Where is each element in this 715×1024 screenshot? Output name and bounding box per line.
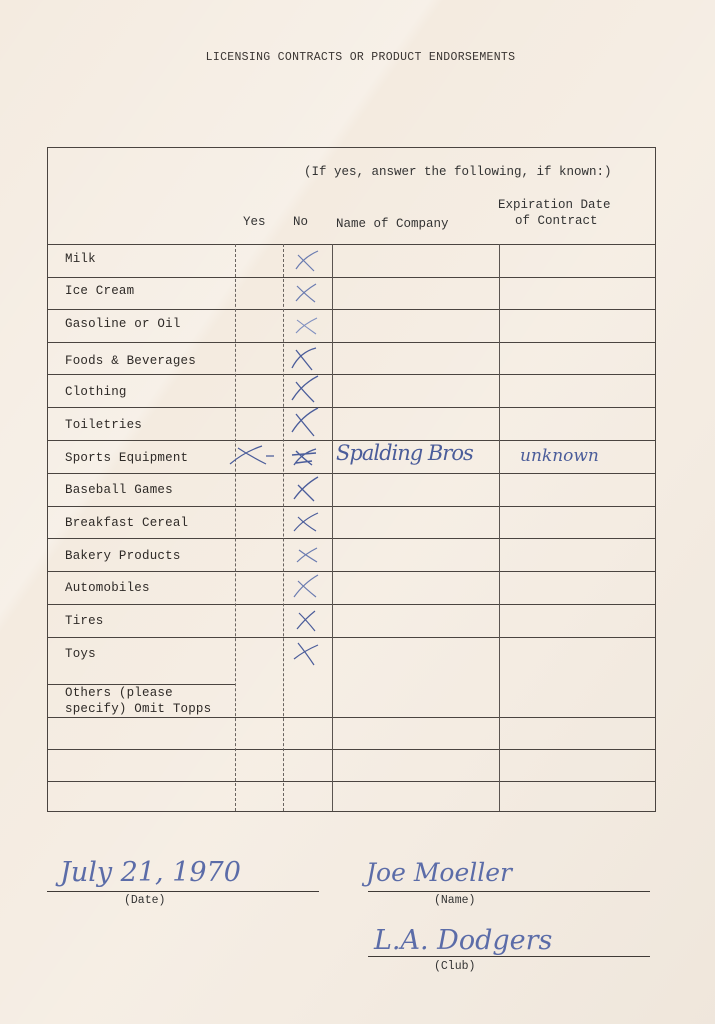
row-label-bakery: Bakery Products (65, 549, 181, 563)
row-label-foods: Foods & Beverages (65, 354, 196, 368)
name-signature[interactable]: Joe Moeller (366, 858, 512, 887)
row-label-others-specify: specify) Omit Topps (65, 702, 211, 716)
row-divider (48, 749, 655, 750)
check-x-icon[interactable] (293, 609, 321, 633)
column-header-company: Name of Company (336, 217, 449, 231)
row-label-baseball-games: Baseball Games (65, 483, 173, 497)
column-divider-expiration (499, 244, 500, 811)
column-header-expiration: Expiration Date (498, 198, 611, 212)
row-divider (48, 277, 655, 278)
check-x-icon[interactable] (292, 511, 320, 535)
check-x-icon[interactable] (292, 477, 320, 501)
row-label-toiletries: Toiletries (65, 418, 142, 432)
name-line (368, 891, 650, 892)
company-value-sports[interactable]: Spalding Bros (336, 441, 473, 465)
row-label-others: Others (please (65, 686, 173, 700)
row-divider (48, 309, 655, 310)
check-x-icon[interactable] (293, 544, 321, 568)
check-x-icon-yes[interactable] (228, 444, 272, 468)
row-divider (48, 717, 655, 718)
row-divider (48, 781, 655, 782)
date-signature[interactable]: July 21, 1970 (60, 857, 241, 888)
check-x-icon[interactable] (292, 314, 320, 338)
row-label-gasoline: Gasoline or Oil (65, 317, 181, 331)
row-label-clothing: Clothing (65, 385, 127, 399)
name-caption: (Name) (434, 894, 475, 907)
instruction-text: (If yes, answer the following, if known:… (304, 165, 612, 179)
date-line (47, 891, 319, 892)
column-header-expiration-sub: of Contract (515, 214, 598, 228)
row-divider (48, 637, 655, 638)
row-label-toys: Toys (65, 647, 96, 661)
check-x-icon[interactable] (292, 641, 320, 665)
row-divider (48, 244, 655, 245)
check-x-icon[interactable] (292, 575, 320, 599)
row-divider (48, 374, 655, 375)
document-title: LICENSING CONTRACTS OR PRODUCT ENDORSEME… (0, 51, 715, 64)
row-divider (48, 538, 655, 539)
row-label-tires: Tires (65, 614, 104, 628)
column-divider-no (283, 244, 284, 811)
row-label-breakfast-cereal: Breakfast Cereal (65, 516, 188, 530)
row-divider (48, 604, 655, 605)
column-divider-yes (235, 244, 236, 811)
column-divider-company (332, 244, 333, 811)
row-divider (48, 407, 655, 408)
row-divider (48, 473, 655, 474)
row-divider (48, 342, 655, 343)
endorsement-table: (If yes, answer the following, if known:… (47, 147, 656, 812)
row-label-ice-cream: Ice Cream (65, 284, 134, 298)
row-label-milk: Milk (65, 252, 96, 266)
crossed-out-x-icon[interactable] (290, 445, 318, 469)
row-divider (48, 506, 655, 507)
club-line (368, 956, 650, 957)
club-caption: (Club) (434, 960, 475, 973)
check-x-icon[interactable] (292, 249, 320, 273)
check-x-icon[interactable] (290, 346, 318, 370)
check-x-icon[interactable] (290, 410, 318, 434)
row-label-sports-equipment: Sports Equipment (65, 451, 188, 465)
row-label-automobiles: Automobiles (65, 581, 150, 595)
column-header-yes: Yes (243, 215, 266, 229)
row-divider (48, 571, 655, 572)
check-x-icon[interactable] (292, 281, 320, 305)
column-header-no: No (293, 215, 308, 229)
club-signature[interactable]: L.A. Dodgers (374, 925, 552, 956)
check-x-icon[interactable] (290, 378, 318, 402)
expiration-value-sports[interactable]: unknown (520, 446, 599, 466)
row-divider-partial (48, 684, 235, 685)
date-caption: (Date) (124, 894, 165, 907)
